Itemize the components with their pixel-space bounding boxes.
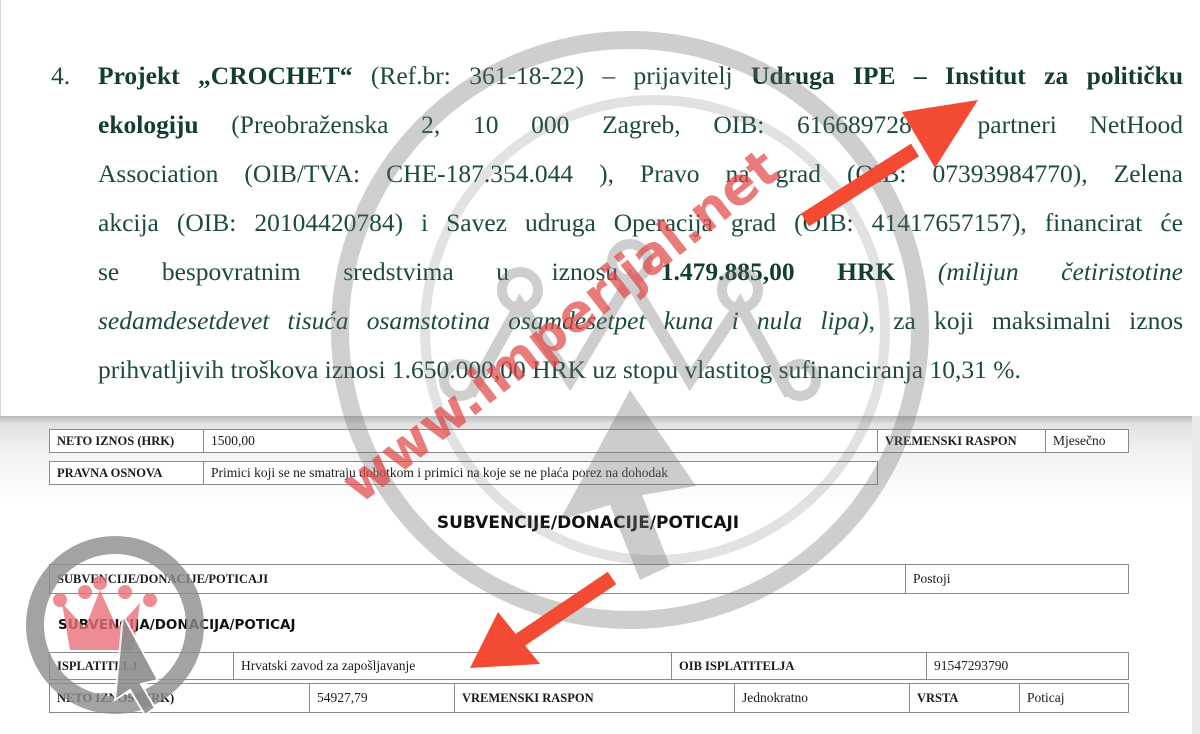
subsidy-neto-label: NETO IZNOS (HRK) <box>50 684 310 713</box>
subsidy-amount-table: NETO IZNOS (HRK) 54927,79 VREMENSKI RASP… <box>49 683 1129 713</box>
subsidy-payer-table: ISPLATITELJ Hrvatski zavod za zapošljava… <box>49 652 1129 680</box>
vrsta-label: VRSTA <box>910 684 1020 713</box>
isplatitelj-value: Hrvatski zavod za zapošljavanje <box>234 653 672 680</box>
vremenski-raspon-label: VREMENSKI RASPON <box>878 430 1046 453</box>
subsidy-neto-value: 54927,79 <box>310 684 455 713</box>
neto-iznos-label: NETO IZNOS (HRK) <box>50 430 204 453</box>
oib-isplatitelja-label: OIB ISPLATITELJA <box>672 653 927 680</box>
income-table-row1: NETO IZNOS (HRK) 1500,00 VREMENSKI RASPO… <box>49 429 1129 453</box>
vremenski-raspon-value: Mjesečno <box>1046 430 1129 453</box>
paragraph-line: se bespovratnim sredstvima u iznosu 1.47… <box>98 247 1183 296</box>
income-table-row2: PRAVNA OSNOVA Primici koji se ne smatraj… <box>49 461 878 485</box>
oib-isplatitelja-value: 91547293790 <box>927 653 1129 680</box>
subsidies-exists-value: Postoji <box>906 565 1129 594</box>
subsidy-raspon-value: Jednokratno <box>735 684 910 713</box>
pravna-osnova-label: PRAVNA OSNOVA <box>50 462 204 485</box>
subsidies-exists-table: SUBVENCIJE/DONACIJE/POTICAJI Postoji <box>49 564 1129 594</box>
project-paragraph: Projekt „CROCHET“ (Ref.br: 361-18-22) – … <box>98 51 1183 394</box>
vrsta-value: Poticaj <box>1020 684 1129 713</box>
paragraph-line: akcija (OIB: 20104420784) i Savez udruga… <box>98 198 1183 247</box>
paragraph-line: Projekt „CROCHET“ (Ref.br: 361-18-22) – … <box>98 51 1183 100</box>
subsidies-section-title: SUBVENCIJE/DONACIJE/POTICAJI <box>0 513 1176 533</box>
subsidy-item-title: SUBVENCIJA/DONACIJA/POTICAJ <box>58 617 295 633</box>
decision-excerpt: 4. Projekt „CROCHET“ (Ref.br: 361-18-22)… <box>0 0 1200 416</box>
subsidies-exists-label: SUBVENCIJE/DONACIJE/POTICAJI <box>50 565 906 594</box>
paragraph-line: sedamdesetdevet tisuća osamstotina osamd… <box>98 296 1183 345</box>
paragraph-line: prihvatljivih troškova iznosi 1.650.000,… <box>98 345 1183 394</box>
scrollbar-track[interactable] <box>1192 416 1200 734</box>
paragraph-line: Association (OIB/TVA: CHE-187.354.044 ),… <box>98 149 1183 198</box>
isplatitelj-label: ISPLATITELJ <box>50 653 234 680</box>
subsidy-raspon-label: VREMENSKI RASPON <box>455 684 735 713</box>
item-number: 4. <box>51 51 70 100</box>
pravna-osnova-value: Primici koji se ne smatraju dohotkom i p… <box>204 462 878 485</box>
paragraph-line: ekologiju (Preobraženska 2, 10 000 Zagre… <box>98 100 1183 149</box>
neto-iznos-value: 1500,00 <box>204 430 878 453</box>
